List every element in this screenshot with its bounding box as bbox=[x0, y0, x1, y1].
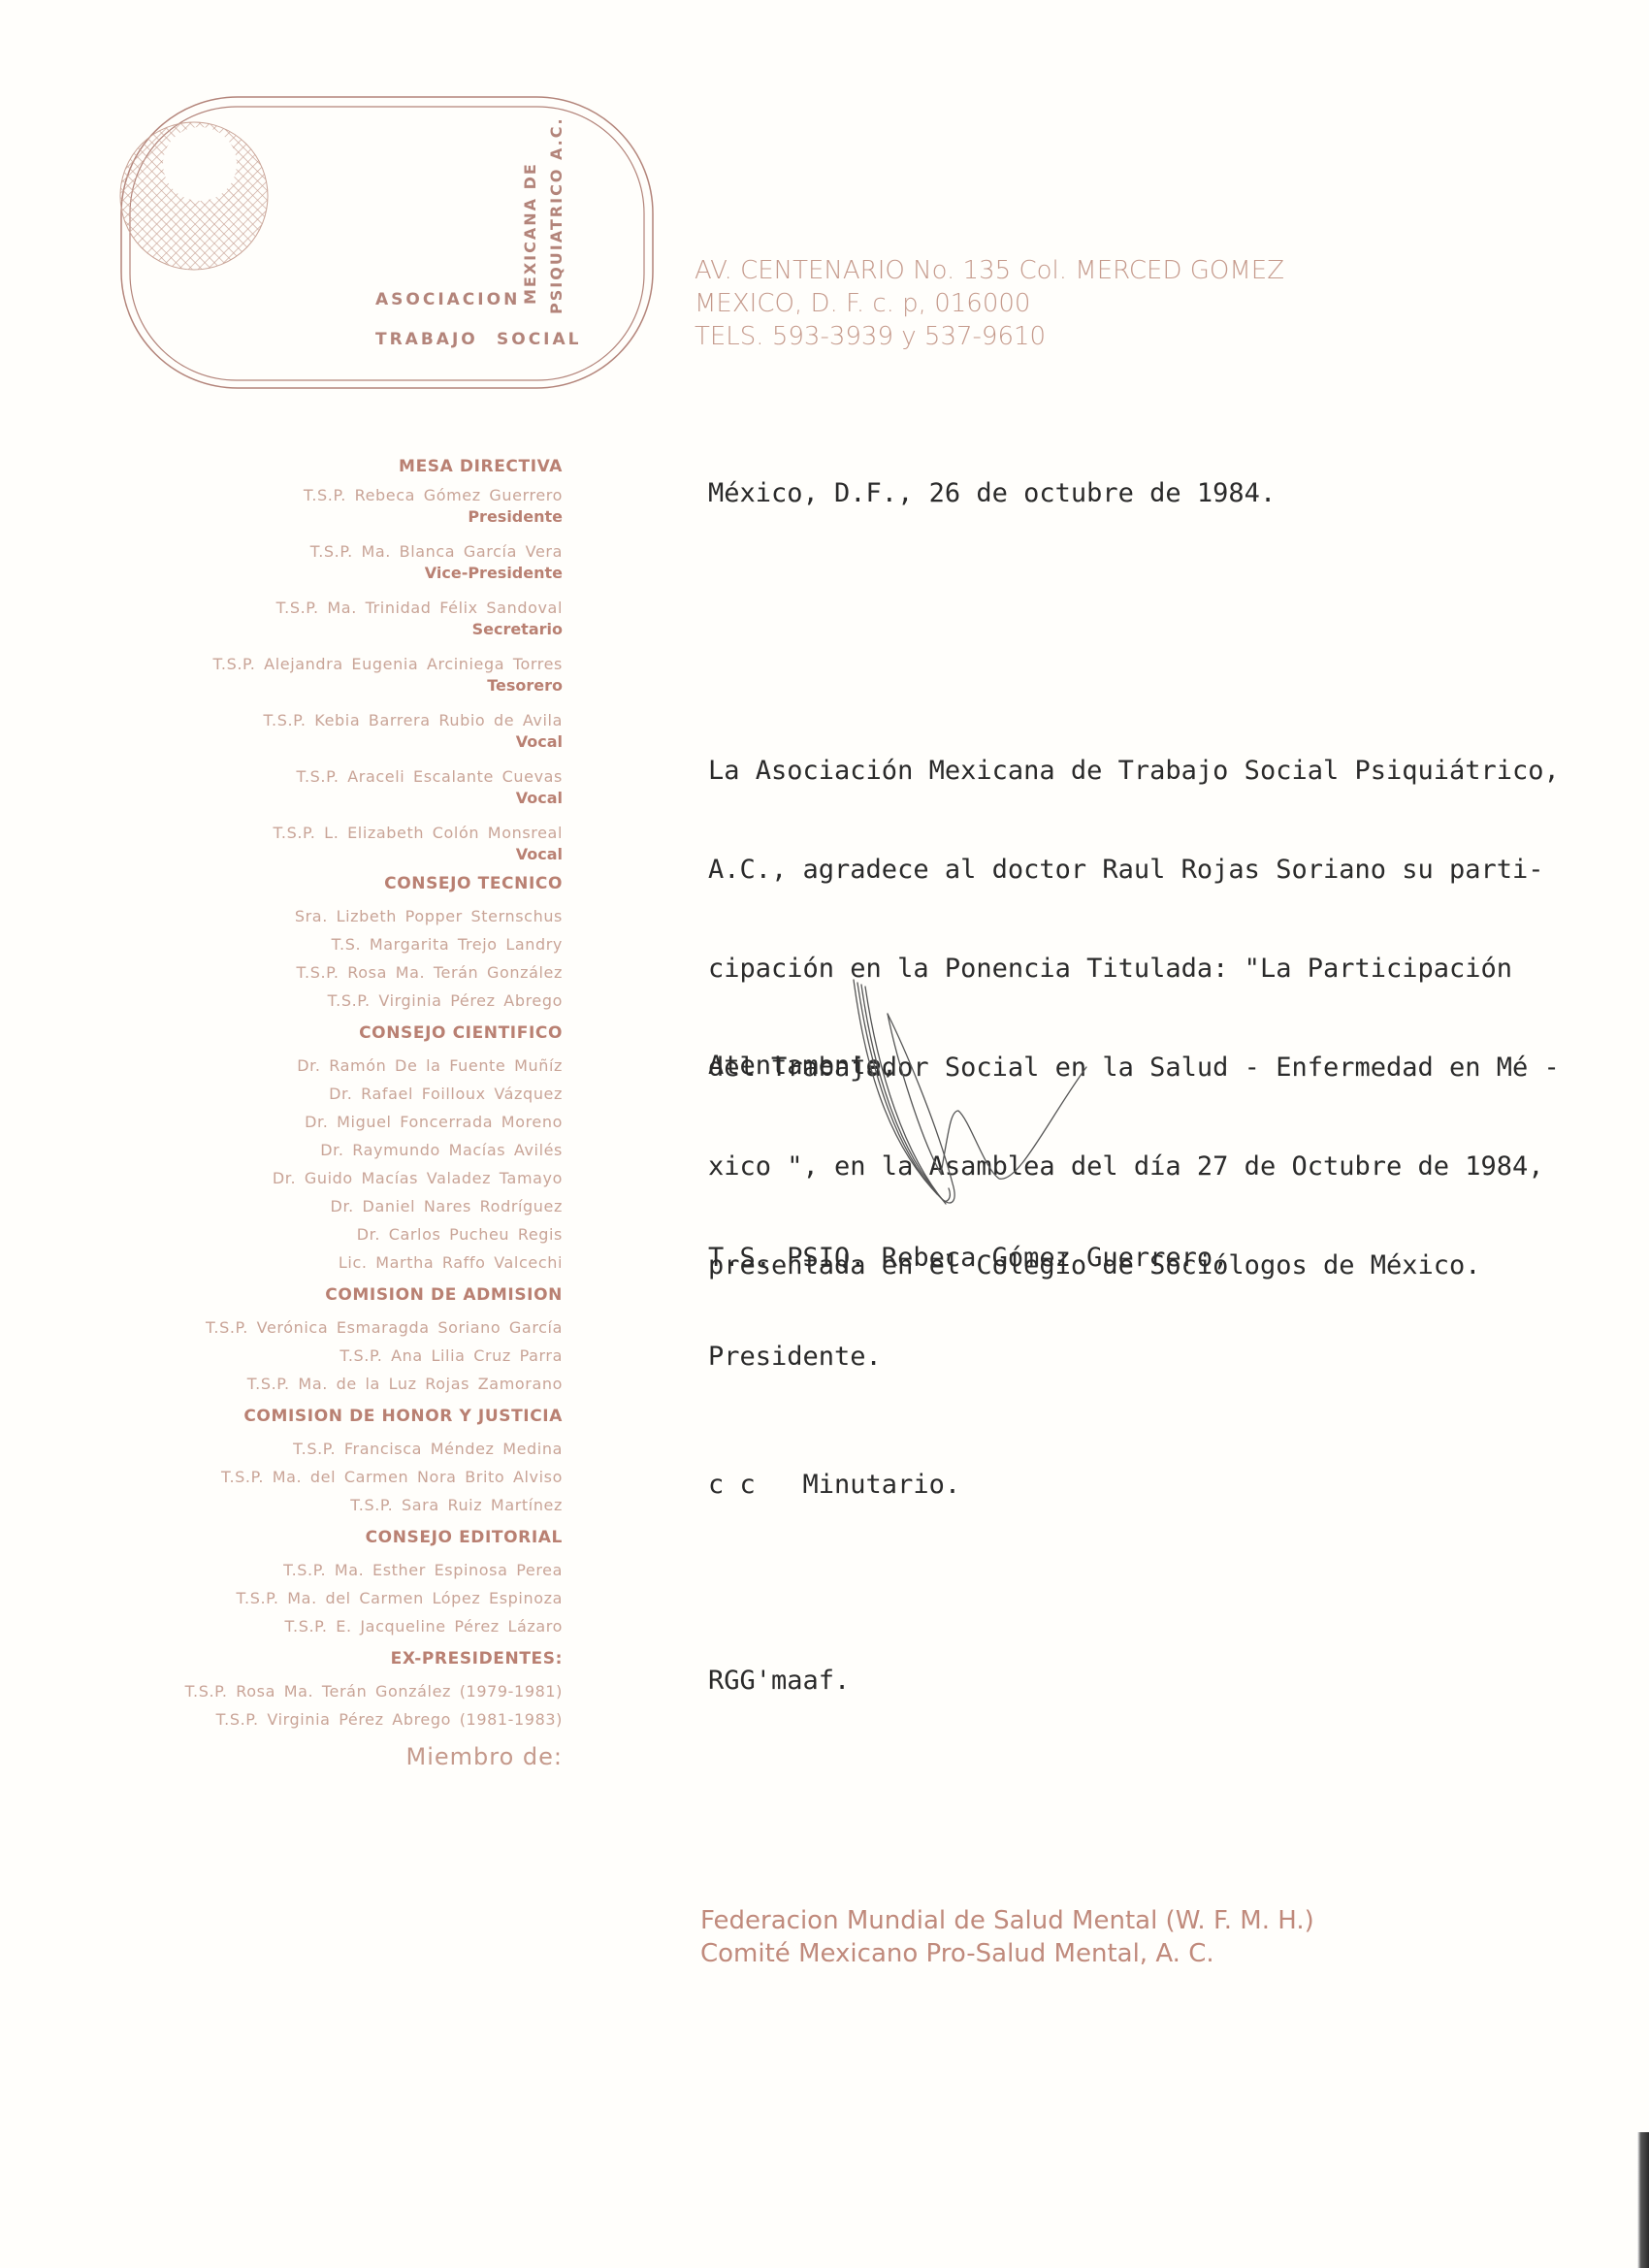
member-role: Vocal bbox=[97, 788, 563, 809]
council-member: Lic. Martha Raffo Valcechi bbox=[97, 1248, 563, 1277]
address-line: TELS. 593-3939 y 537-9610 bbox=[695, 320, 1284, 353]
member-role: Vocal bbox=[97, 844, 563, 865]
signer-block: T.S. PSIQ. Rebeca Gómez Guerrero, Presid… bbox=[708, 1176, 1228, 1440]
council-member: Dr. Raymundo Macías Avilés bbox=[97, 1136, 563, 1164]
council-member: Dr. Carlos Pucheu Regis bbox=[97, 1220, 563, 1248]
editorial-member: T.S.P. Ma. del Carmen López Espinoza bbox=[97, 1584, 563, 1612]
member-organizations: Federacion Mundial de Salud Mental (W. F… bbox=[700, 1904, 1314, 1970]
address-line: AV. CENTENARIO No. 135 Col. MERCED GOMEZ bbox=[695, 254, 1284, 287]
member-role: Vice-Presidente bbox=[97, 563, 563, 584]
association-logo: ASOCIACION TRABAJO SOCIAL MEXICANA DE PS… bbox=[118, 89, 657, 395]
board-member: T.S.P. L. Elizabeth Colón Monsreal bbox=[97, 823, 563, 844]
letter-page: ASOCIACION TRABAJO SOCIAL MEXICANA DE PS… bbox=[0, 0, 1649, 2268]
section-heading: EX-PRESIDENTES: bbox=[97, 1648, 563, 1669]
editorial-member: T.S.P. Ma. Esther Espinosa Perea bbox=[97, 1556, 563, 1584]
logo-word-trabajo: TRABAJO bbox=[375, 330, 478, 349]
section-heading: COMISION DE ADMISION bbox=[97, 1284, 563, 1306]
member-role: Vocal bbox=[97, 731, 563, 753]
section-heading: CONSEJO TECNICO bbox=[97, 873, 563, 894]
council-member: Dr. Ramón De la Fuente Muñíz bbox=[97, 1052, 563, 1080]
logo-vertical-psiquiatrico: PSIQUIATRICO A.C. bbox=[547, 116, 566, 314]
board-member: T.S.P. Rebeca Gómez Guerrero bbox=[97, 485, 563, 506]
commission-member: T.S.P. Francisca Méndez Medina bbox=[97, 1435, 563, 1463]
council-member: Sra. Lizbeth Popper Sternschus bbox=[97, 902, 563, 930]
section-heading: CONSEJO EDITORIAL bbox=[97, 1527, 563, 1548]
member-role: Presidente bbox=[97, 506, 563, 528]
commission-member: T.S.P. Ana Lilia Cruz Parra bbox=[97, 1342, 563, 1370]
section-heading: CONSEJO CIENTIFICO bbox=[97, 1022, 563, 1044]
board-member: T.S.P. Alejandra Eugenia Arciniega Torre… bbox=[97, 654, 563, 675]
commission-member: T.S.P. Ma. de la Luz Rojas Zamorano bbox=[97, 1370, 563, 1398]
council-member: Dr. Rafael Foilloux Vázquez bbox=[97, 1080, 563, 1108]
body-line: La Asociación Mexicana de Trabajo Social… bbox=[708, 755, 1560, 788]
ex-president: T.S.P. Virginia Pérez Abrego (1981-1983) bbox=[97, 1705, 563, 1733]
typist-initials: RGG'maaf. bbox=[708, 1665, 850, 1698]
letter-date: México, D.F., 26 de octubre de 1984. bbox=[708, 477, 1276, 510]
council-member: T.S.P. Rosa Ma. Terán González bbox=[97, 958, 563, 987]
commission-member: T.S.P. Sara Ruiz Martínez bbox=[97, 1491, 563, 1519]
logo-word-asociacion: ASOCIACION bbox=[375, 290, 520, 309]
ex-president: T.S.P. Rosa Ma. Terán González (1979-198… bbox=[97, 1677, 563, 1705]
organization-name: Federacion Mundial de Salud Mental (W. F… bbox=[700, 1904, 1314, 1937]
member-role: Secretario bbox=[97, 619, 563, 640]
organization-name: Comité Mexicano Pro-Salud Mental, A. C. bbox=[700, 1937, 1314, 1970]
carbon-copy-line: c c Minutario. bbox=[708, 1469, 960, 1502]
letterhead-address: AV. CENTENARIO No. 135 Col. MERCED GOMEZ… bbox=[695, 254, 1284, 353]
commission-member: T.S.P. Ma. del Carmen Nora Brito Alviso bbox=[97, 1463, 563, 1491]
member-role: Tesorero bbox=[97, 675, 563, 697]
logo-vertical-mexicana: MEXICANA DE bbox=[521, 162, 539, 305]
scan-shadow-edge bbox=[1637, 2132, 1649, 2268]
council-member: Dr. Daniel Nares Rodríguez bbox=[97, 1192, 563, 1220]
council-member: T.S.P. Virginia Pérez Abrego bbox=[97, 987, 563, 1015]
section-heading: MESA DIRECTIVA bbox=[97, 456, 563, 477]
board-member: T.S.P. Kebia Barrera Rubio de Avila bbox=[97, 710, 563, 731]
board-sidebar: MESA DIRECTIVA T.S.P. Rebeca Gómez Guerr… bbox=[97, 448, 563, 1770]
board-member: T.S.P. Ma. Trinidad Félix Sandoval bbox=[97, 598, 563, 619]
body-line: A.C., agradece al doctor Raul Rojas Sori… bbox=[708, 854, 1560, 887]
signer-title: Presidente. bbox=[708, 1341, 1228, 1374]
editorial-member: T.S.P. E. Jacqueline Pérez Lázaro bbox=[97, 1612, 563, 1640]
council-member: Dr. Guido Macías Valadez Tamayo bbox=[97, 1164, 563, 1192]
address-line: MEXICO, D. F. c. p, 016000 bbox=[695, 287, 1284, 320]
commission-member: T.S.P. Verónica Esmaragda Soriano García bbox=[97, 1313, 563, 1342]
logo-word-social: SOCIAL bbox=[497, 330, 582, 349]
board-member: T.S.P. Araceli Escalante Cuevas bbox=[97, 766, 563, 788]
member-of-label: Miembro de: bbox=[97, 1743, 563, 1770]
council-member: T.S. Margarita Trejo Landry bbox=[97, 930, 563, 958]
board-member: T.S.P. Ma. Blanca García Vera bbox=[97, 541, 563, 563]
section-heading: COMISION DE HONOR Y JUSTICIA bbox=[97, 1406, 563, 1427]
council-member: Dr. Miguel Foncerrada Moreno bbox=[97, 1108, 563, 1136]
signer-name: T.S. PSIQ. Rebeca Gómez Guerrero, bbox=[708, 1242, 1228, 1275]
